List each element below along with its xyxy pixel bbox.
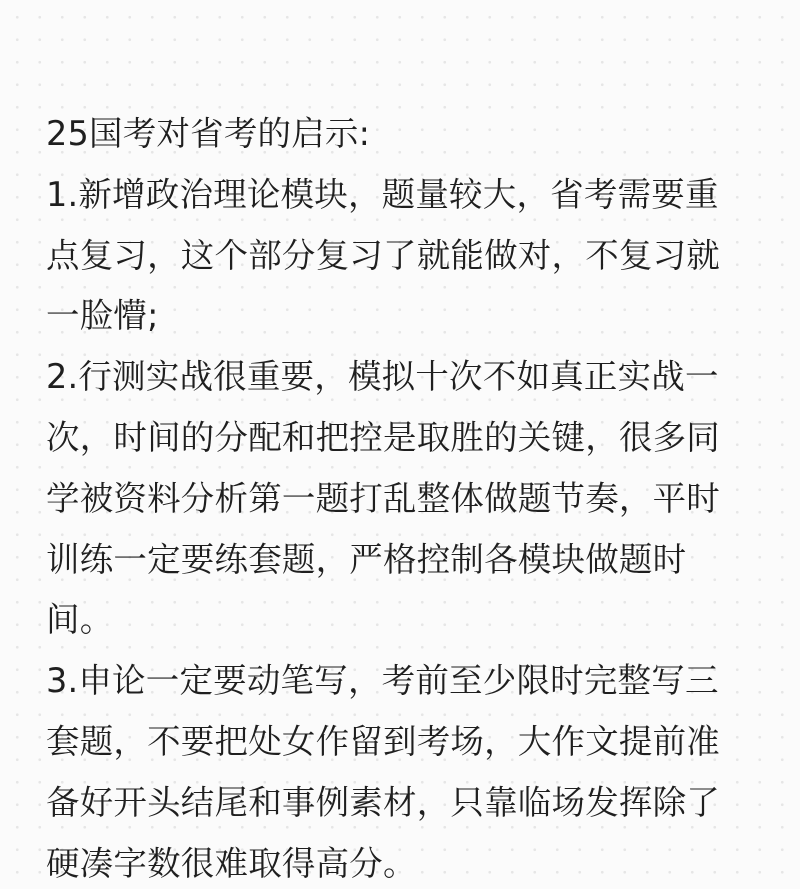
note-title: 25国考对省考的启示: xyxy=(46,104,766,165)
text-line: 2.行测实战很重要，模拟十次不如真正实战一 xyxy=(46,347,766,408)
text-line: 硬凑字数很难取得高分。 xyxy=(46,834,766,889)
note-body: 25国考对省考的启示: 1.新增政治理论模块，题量较大，省考需要重 点复习，这个… xyxy=(46,104,766,889)
text-line: 学被资料分析第一题打乱整体做题节奏，平时 xyxy=(46,469,766,530)
point-1: 1.新增政治理论模块，题量较大，省考需要重 点复习，这个部分复习了就能做对，不复… xyxy=(46,165,766,347)
point-3: 3.申论一定要动笔写，考前至少限时完整写三 套题，不要把处女作留到考场，大作文提… xyxy=(46,651,766,889)
text-line: 次，时间的分配和把控是取胜的关键，很多同 xyxy=(46,408,766,469)
text-line: 间。 xyxy=(46,590,766,651)
point-2: 2.行测实战很重要，模拟十次不如真正实战一 次，时间的分配和把控是取胜的关键，很… xyxy=(46,347,766,651)
text-line: 1.新增政治理论模块，题量较大，省考需要重 xyxy=(46,165,766,226)
text-line: 一脸懵; xyxy=(46,286,766,347)
text-line: 3.申论一定要动笔写，考前至少限时完整写三 xyxy=(46,651,766,712)
text-line: 备好开头结尾和事例素材，只靠临场发挥除了 xyxy=(46,773,766,834)
text-line: 训练一定要练套题，严格控制各模块做题时 xyxy=(46,530,766,591)
text-line: 点复习，这个部分复习了就能做对，不复习就 xyxy=(46,226,766,287)
text-line: 套题，不要把处女作留到考场，大作文提前准 xyxy=(46,712,766,773)
